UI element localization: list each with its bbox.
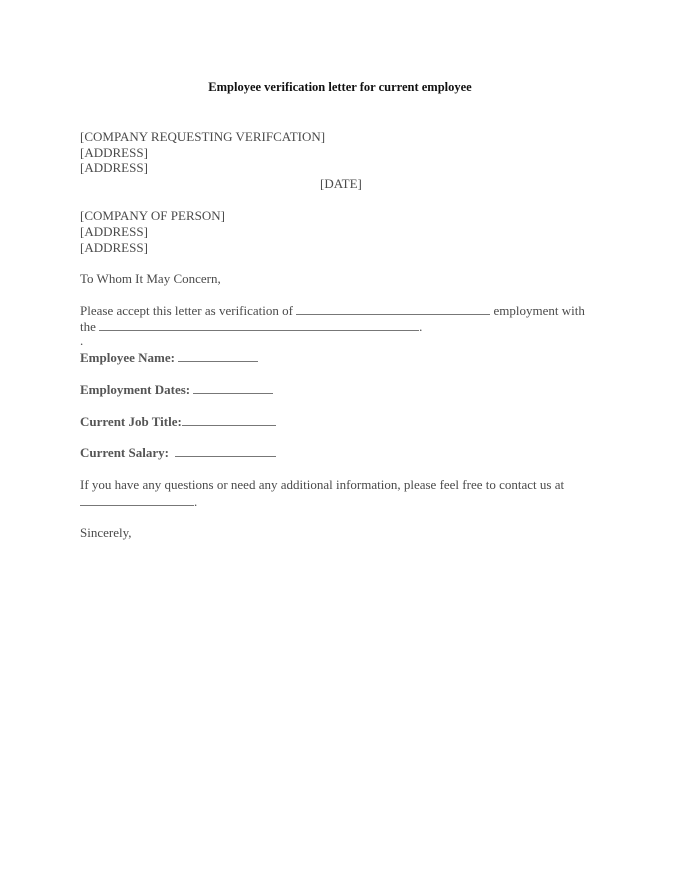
requesting-company-name: [COMPANY REQUESTING VERIFCATION] (80, 129, 325, 145)
closing: Sincerely, (80, 525, 132, 541)
field-blank (175, 445, 276, 457)
salutation: To Whom It May Concern, (80, 271, 221, 287)
document-title: Employee verification letter for current… (0, 80, 680, 95)
requesting-company-address-2: [ADDRESS] (80, 160, 148, 176)
contact-line-2-suffix: . (194, 494, 197, 509)
body-line-1-prefix: Please accept this letter as verificatio… (80, 303, 296, 318)
field-current-job-title: Current Job Title: (80, 414, 276, 430)
field-label: Employee Name: (80, 350, 175, 365)
stray-period: . (80, 333, 83, 349)
field-employee-name: Employee Name: (80, 350, 258, 366)
field-blank (193, 382, 273, 394)
field-current-salary: Current Salary: (80, 445, 276, 461)
employee-name-blank (296, 303, 490, 315)
field-blank (182, 414, 276, 426)
field-label: Current Salary: (80, 445, 169, 460)
field-employment-dates: Employment Dates: (80, 382, 273, 398)
body-line-2-prefix: the (80, 319, 99, 334)
contact-line-2: . (80, 494, 197, 510)
body-line-2-suffix: . (419, 319, 422, 334)
field-blank (178, 350, 258, 362)
letter-date: [DATE] (320, 176, 362, 192)
field-label: Current Job Title: (80, 414, 182, 429)
company-name-blank (99, 319, 419, 331)
letter-page: Employee verification letter for current… (0, 0, 680, 880)
person-company-address-1: [ADDRESS] (80, 224, 148, 240)
contact-blank (80, 494, 194, 506)
body-line-1-suffix: employment with (490, 303, 585, 318)
field-label: Employment Dates: (80, 382, 190, 397)
body-line-2: the . (80, 319, 422, 335)
contact-line-1: If you have any questions or need any ad… (80, 477, 564, 493)
person-company-address-2: [ADDRESS] (80, 240, 148, 256)
person-company-name: [COMPANY OF PERSON] (80, 208, 225, 224)
requesting-company-address-1: [ADDRESS] (80, 145, 148, 161)
body-line-1: Please accept this letter as verificatio… (80, 303, 585, 319)
